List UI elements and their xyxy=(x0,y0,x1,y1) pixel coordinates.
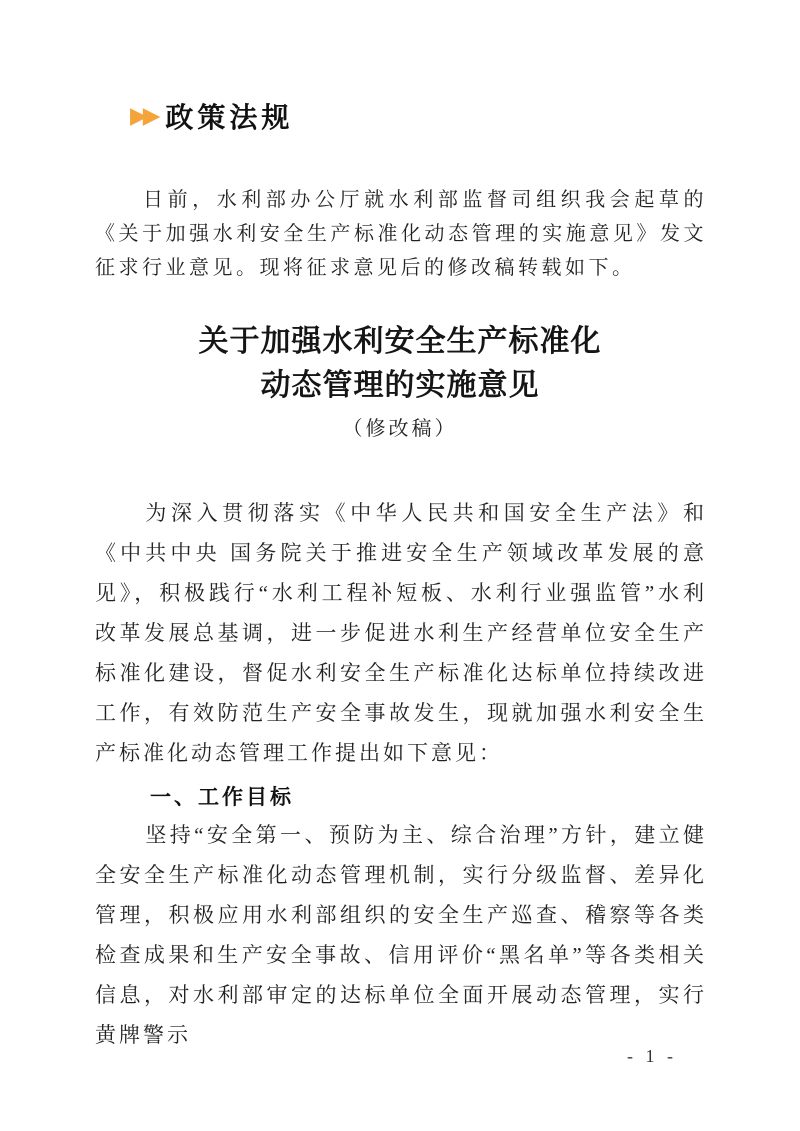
section-heading-work-goals: 一、工作目标 xyxy=(95,781,707,811)
double-arrow-icon: ▶▶ xyxy=(130,105,155,128)
policy-section-header: ▶▶ 政策法规 xyxy=(130,96,293,136)
document-title-line1: 关于加强水利安全生产标准化 xyxy=(0,320,800,364)
document-title: 关于加强水利安全生产标准化 动态管理的实施意见 xyxy=(0,320,800,408)
document-page: ▶▶ 政策法规 日前，水利部办公厅就水利部监督司组织我会起草的《关于加强水利安全… xyxy=(0,0,800,1131)
document-title-line2: 动态管理的实施意见 xyxy=(0,364,800,408)
preamble-paragraph: 为深入贯彻落实《中华人民共和国安全生产法》和《中共中央 国务院关于推进安全生产领… xyxy=(95,493,707,773)
page-footer: - 1 - xyxy=(0,1046,800,1067)
section-paragraph: 坚持“安全第一、预防为主、综合治理”方针，建立健全安全生产标准化动态管理机制，实… xyxy=(95,815,707,1055)
section-header-label: 政策法规 xyxy=(165,96,293,136)
page-number: - 1 - xyxy=(627,1046,677,1066)
document-subtitle: （修改稿） xyxy=(0,412,800,441)
intro-paragraph: 日前，水利部办公厅就水利部监督司组织我会起草的《关于加强水利安全生产标准化动态管… xyxy=(95,183,707,285)
